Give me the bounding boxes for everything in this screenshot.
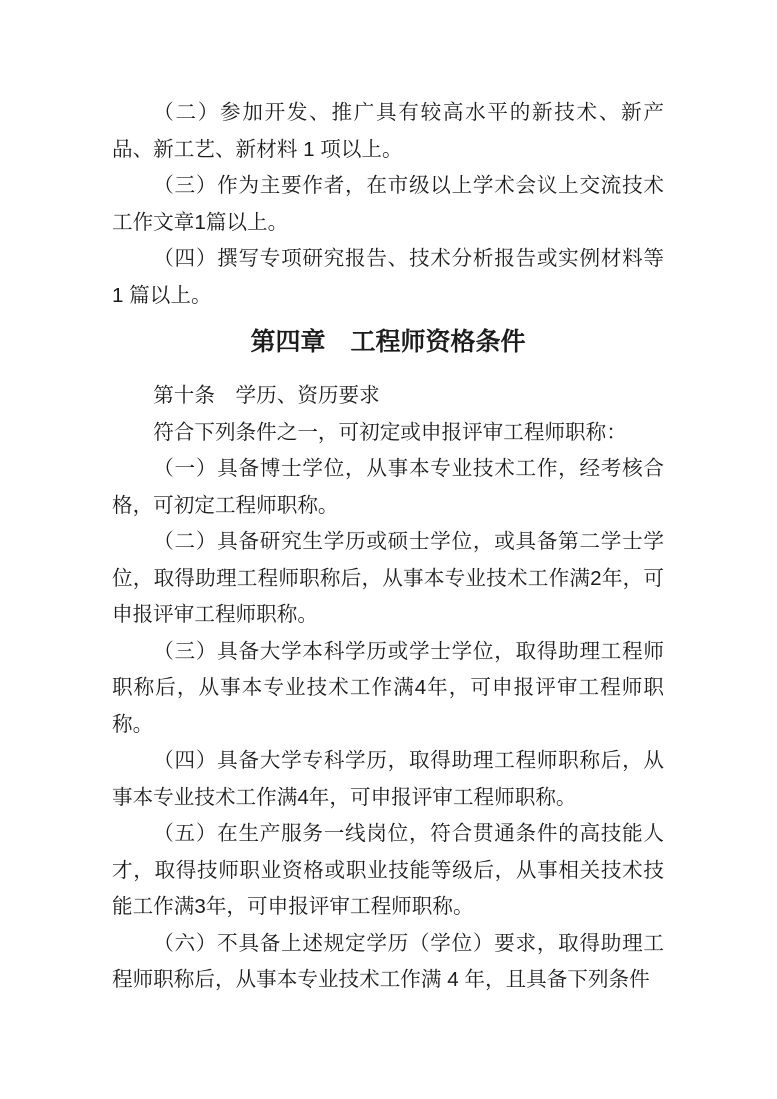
clause-paragraph: （一）具备博士学位，从事本专业技术工作，经考核合格，可初定工程师职称。 bbox=[112, 451, 664, 524]
chapter-heading: 第四章 工程师资格条件 bbox=[112, 321, 664, 363]
clause-paragraph: （三）具备大学本科学历或学士学位，取得助理工程师职称后，从事本专业技术工作满4年… bbox=[112, 634, 664, 744]
clause-paragraph: （四）撰写专项研究报告、技术分析报告或实例材料等 1 篇以上。 bbox=[112, 241, 664, 314]
document-page: （二）参加开发、推广具有较高水平的新技术、新产品、新工艺、新材料 1 项以上。 … bbox=[0, 0, 777, 1099]
clause-paragraph: （三）作为主要作者，在市级以上学术会议上交流技术工作文章1篇以上。 bbox=[112, 168, 664, 241]
document-content: （二）参加开发、推广具有较高水平的新技术、新产品、新工艺、新材料 1 项以上。 … bbox=[112, 95, 664, 999]
clause-paragraph: （六）不具备上述规定学历（学位）要求，取得助理工程师职称后，从事本专业技术工作满… bbox=[112, 926, 664, 999]
clause-paragraph: （二）参加开发、推广具有较高水平的新技术、新产品、新工艺、新材料 1 项以上。 bbox=[112, 95, 664, 168]
clause-paragraph: （四）具备大学专科学历，取得助理工程师职称后，从事本专业技术工作满4年，可申报评… bbox=[112, 743, 664, 816]
intro-paragraph: 符合下列条件之一，可初定或申报评审工程师职称： bbox=[112, 415, 664, 452]
article-heading: 第十条 学历、资历要求 bbox=[112, 378, 664, 415]
clause-paragraph: （二）具备研究生学历或硕士学位，或具备第二学士学位，取得助理工程师职称后，从事本… bbox=[112, 524, 664, 634]
clause-paragraph: （五）在生产服务一线岗位，符合贯通条件的高技能人才，取得技师职业资格或职业技能等… bbox=[112, 816, 664, 926]
